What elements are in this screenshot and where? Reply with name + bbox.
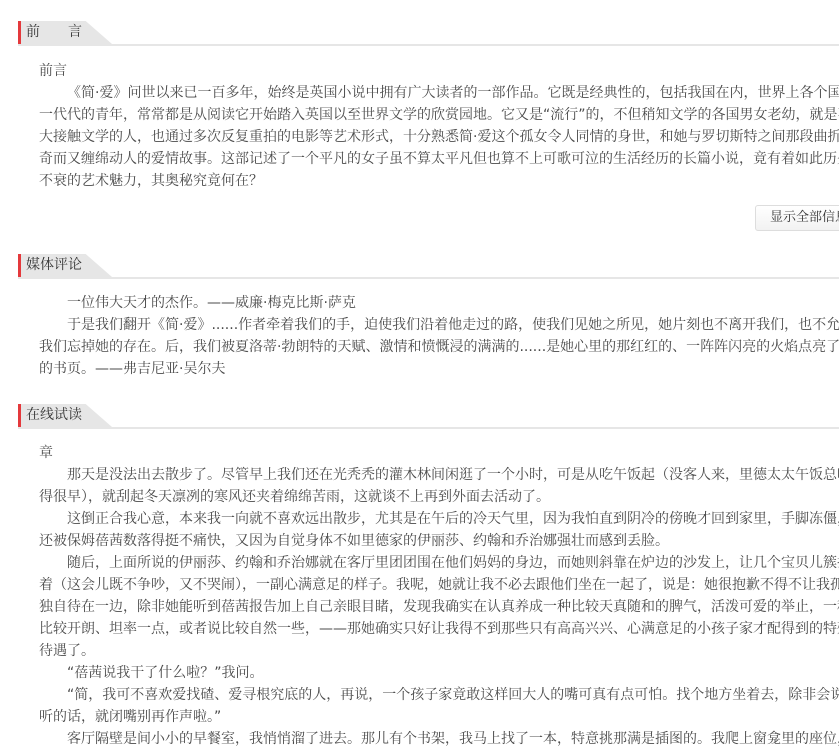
reading-line: 待遇了。 [39, 640, 839, 662]
section-header: 前 言 [18, 21, 839, 46]
section-title: 媒体评论 [26, 257, 82, 274]
reading-line: 客厅隔壁是间小小的早餐室，我悄悄溜了进去。那儿有个书架，我马上找了一本，特意挑那… [39, 728, 839, 750]
section-title: 前 言 [26, 24, 82, 41]
reading-line: “简，我可不喜欢爱找碴、爱寻根究底的人，再说，一个孩子家竟敢这样回大人的嘴可真有… [39, 684, 839, 706]
review-line: 一位伟大天才的杰作。——威廉·梅克比斯·萨克 [39, 292, 839, 314]
preface-body: 前言 《简·爱》问世以来已一百多年，始终是英国小说中拥有广大读者的一部作品。它既… [39, 60, 839, 192]
reading-line: 着（这会儿既不争吵，又不哭闹），一副心满意足的样子。我呢，她就让我不必去跟他们坐… [39, 574, 839, 596]
reading-line: 这倒正合我心意，本来我一向就不喜欢远出散步，尤其是在午后的冷天气里，因为我怕直到… [39, 508, 839, 530]
media-reviews-body: 一位伟大天才的杰作。——威廉·梅克比斯·萨克 于是我们翻开《简·爱》......… [39, 292, 839, 380]
show-all-info-button[interactable]: 显示全部信息 [755, 205, 839, 231]
reading-line: 得很早），就刮起冬天凛冽的寒风还夹着绵绵苦雨，这就谈不上再到外面去活动了。 [39, 486, 839, 508]
reading-line: 还被保姆蓓茜数落得挺不痛快，又因为自觉身体不如里德家的伊丽莎、约翰和乔治娜强壮而… [39, 530, 839, 552]
section-header: 在线试读 [18, 404, 839, 429]
media-reviews-section: 媒体评论 [18, 254, 839, 279]
preface-section: 前 言 [18, 21, 839, 46]
reading-line: 比较开朗、坦率一点，或者说比较自然一些，——那她确实只好让我得不到那些只有高高兴… [39, 618, 839, 640]
review-line: 的书页。——弗吉尼亚·吴尔夫 [39, 358, 839, 380]
preface-heading: 前言 [39, 60, 839, 82]
paragraph-line: 《简·爱》问世以来已一百多年，始终是英国小说中拥有广大读者的一部作品。它既是经典… [39, 82, 839, 104]
paragraph-line: 一代代的青年，常常都是从阅读它开始踏入英国以至世界文学的欣赏园地。它又是“流行”… [39, 104, 839, 126]
paragraph-line: 大接触文学的人，也通过多次反复重拍的电影等艺术形式，十分熟悉简·爱这个孤女令人同… [39, 126, 839, 148]
reading-line: 独自待在一边，除非她能听到蓓茜报告加上自己亲眼目睹，发现我确实在认真养成一种比较… [39, 596, 839, 618]
online-reading-section: 在线试读 [18, 404, 839, 429]
reading-line: 听的话，就闭嘴别再作声啦。” [39, 706, 839, 728]
section-header: 媒体评论 [18, 254, 839, 279]
reading-line: 随后，上面所说的伊丽莎、约翰和乔治娜就在客厅里团团围在他们妈妈的身边，而她则斜靠… [39, 552, 839, 574]
paragraph-line: 奇而又缠绵动人的爱情故事。这部记述了一个平凡的女子虽不算太平凡但也算不上可歌可泣… [39, 148, 839, 170]
review-line: 我们忘掉她的存在。后，我们被夏洛蒂·勃朗特的天赋、激情和愤慨浸的满满的.....… [39, 336, 839, 358]
reading-line: 那天是没法出去散步了。尽管早上我们还在光秃秃的灌木林间闲逛了一个小时，可是从吃午… [39, 464, 839, 486]
paragraph-line: 不衰的艺术魅力，其奥秘究竟何在？ [39, 170, 839, 192]
online-reading-body: 章 那天是没法出去散步了。尽管早上我们还在光秃秃的灌木林间闲逛了一个小时，可是从… [39, 442, 839, 750]
chapter-heading: 章 [39, 442, 839, 464]
review-line: 于是我们翻开《简·爱》......作者牵着我们的手，迫使我们沿着他走过的路，使我… [39, 314, 839, 336]
reading-line: “蓓茜说我干了什么啦？”我问。 [39, 662, 839, 684]
section-title: 在线试读 [26, 407, 82, 424]
